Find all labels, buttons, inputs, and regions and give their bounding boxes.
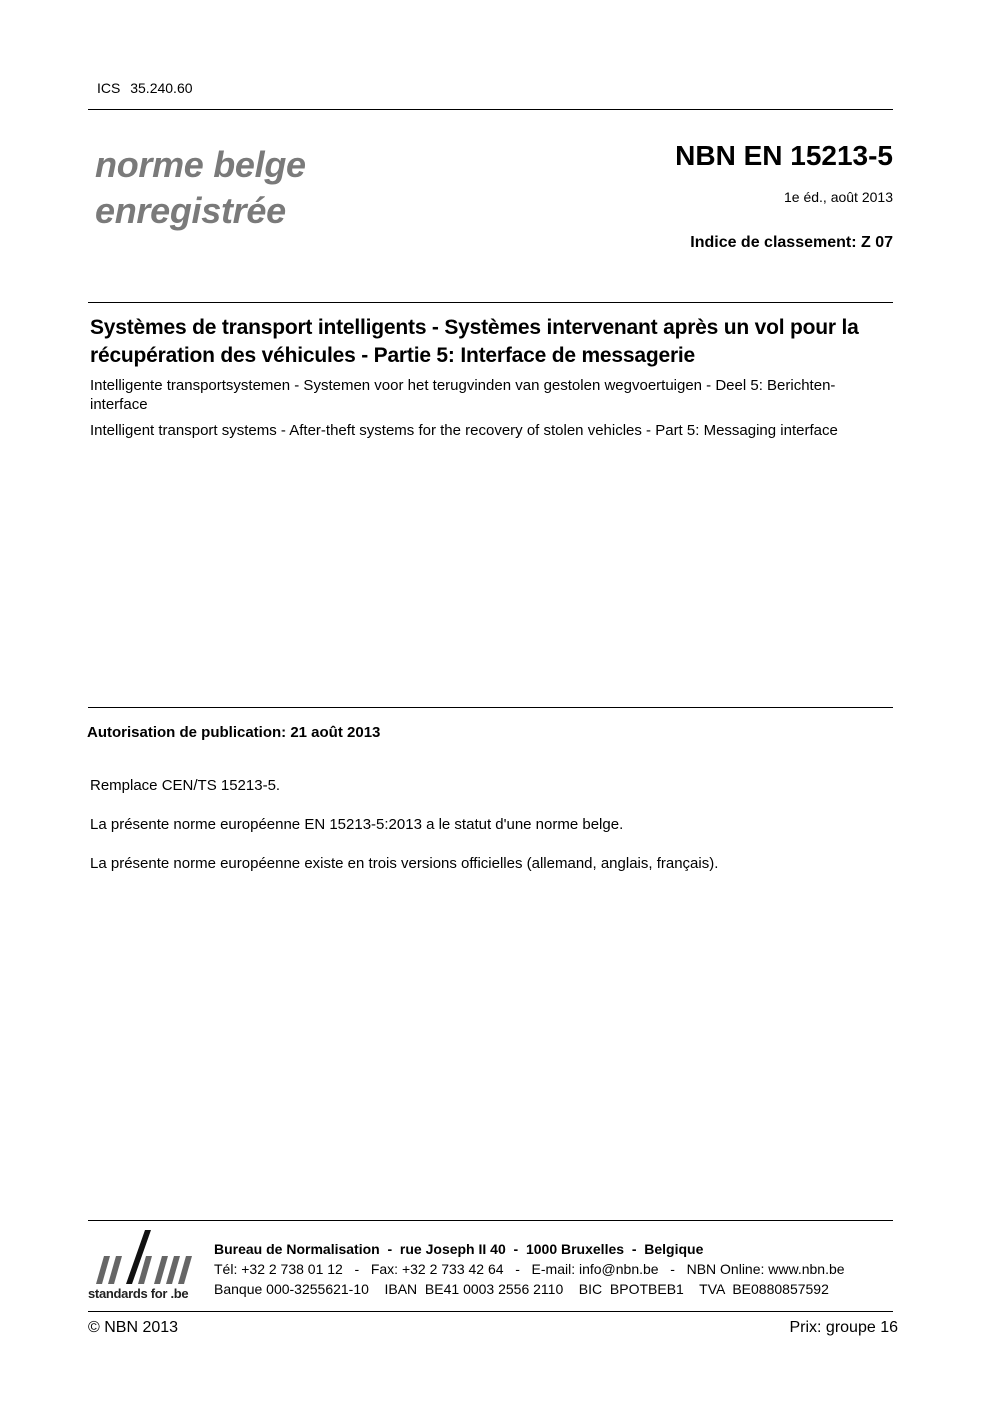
classification-index: Indice de classement: Z 07 [690, 234, 893, 252]
footer-bank-details: Banque 000-3255621-10 IBAN BE41 0003 255… [214, 1281, 829, 1297]
body-divider [88, 707, 893, 708]
header-divider [88, 109, 893, 110]
copyright: © NBN 2013 [88, 1319, 178, 1337]
document-status: norme belge enregistrée [95, 142, 306, 234]
paragraph-replaces: Remplace CEN/TS 15213-5. [90, 777, 280, 794]
paragraph-versions: La présente norme européenne existe en t… [90, 855, 718, 872]
ics-code: ICS 35.240.60 [97, 80, 193, 96]
title-dutch: Intelligente transportsystemen - Systeme… [90, 376, 890, 414]
ics-value: 35.240.60 [130, 80, 192, 96]
title-french: Systèmes de transport intelligents - Sys… [90, 314, 890, 370]
footer-bottom-divider [88, 1311, 893, 1312]
status-line-2: enregistrée [95, 188, 306, 234]
edition-date: 1e éd., août 2013 [784, 189, 893, 205]
title-english: Intelligent transport systems - After-th… [90, 421, 890, 440]
standard-number: NBN EN 15213-5 [675, 140, 893, 172]
footer-address: Bureau de Normalisation - rue Joseph II … [214, 1241, 703, 1257]
footer-contact: Tél: +32 2 738 01 12 - Fax: +32 2 733 42… [214, 1261, 845, 1277]
title-divider [88, 302, 893, 303]
ics-label: ICS [97, 80, 120, 96]
footer-top-divider [88, 1220, 893, 1221]
logo-tagline: standards for .be [88, 1286, 188, 1301]
publication-authorization: Autorisation de publication: 21 août 201… [87, 724, 380, 741]
price-group: Prix: groupe 16 [789, 1319, 898, 1337]
status-line-1: norme belge [95, 142, 306, 188]
paragraph-status: La présente norme européenne EN 15213-5:… [90, 816, 623, 833]
